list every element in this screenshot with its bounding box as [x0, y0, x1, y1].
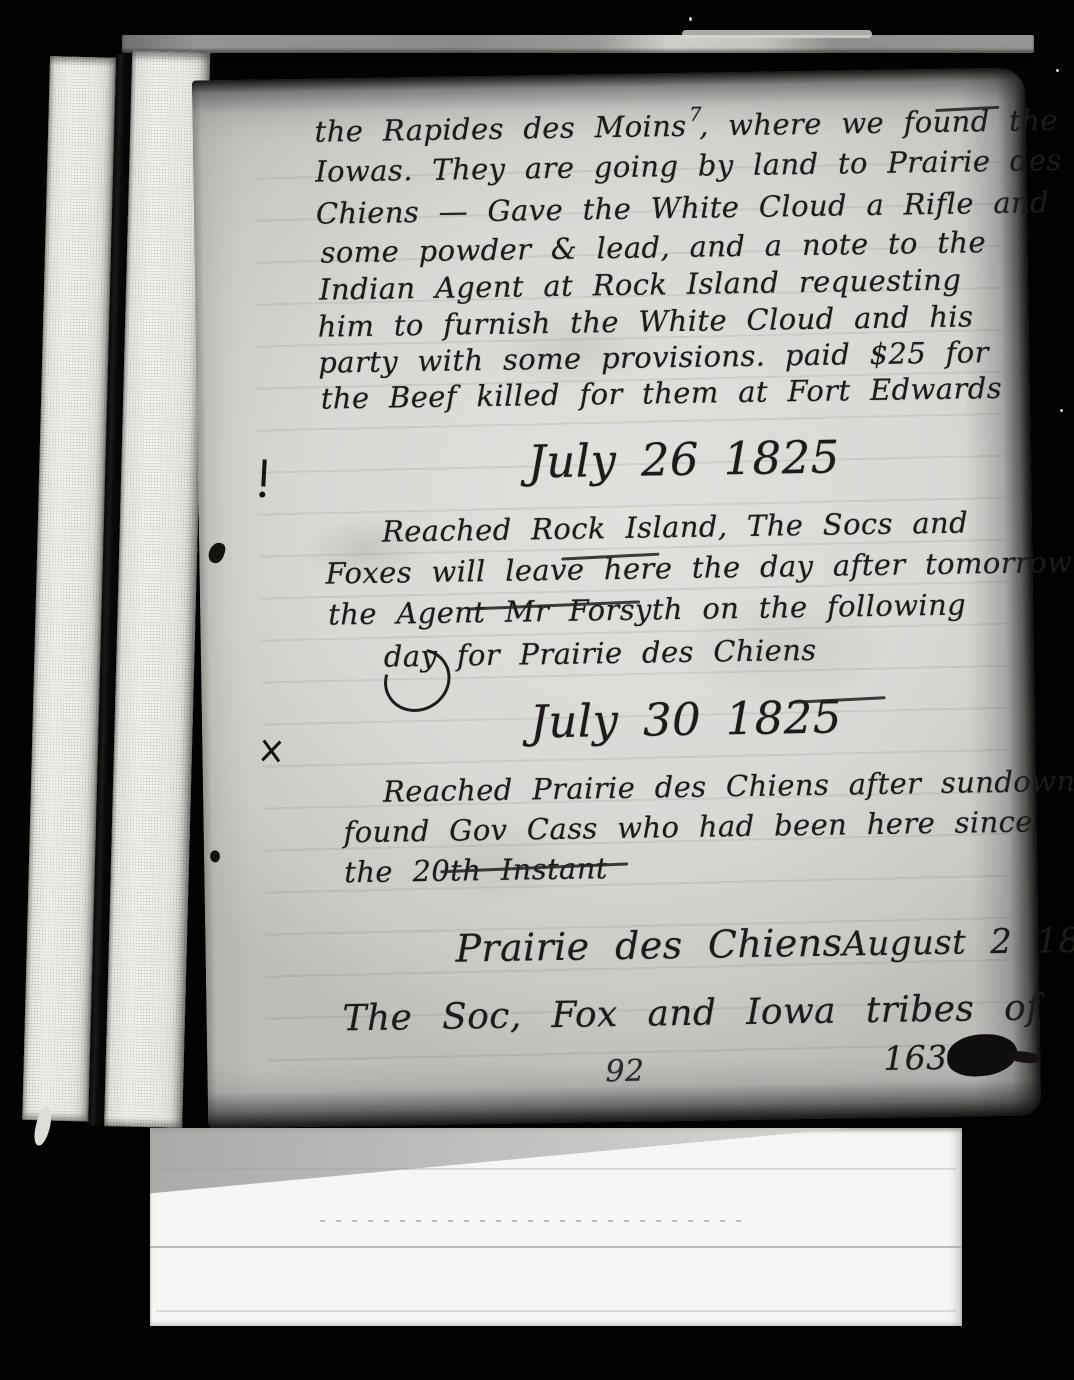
manuscript-line: The Soc, Fox and Iowa tribes of	[342, 987, 1040, 1039]
dust-speck	[1060, 409, 1063, 412]
heading-place: Prairie des Chiens	[455, 920, 843, 970]
dust-speck	[689, 17, 692, 21]
microfilm-scan: { "colors": { "background": "#020202", "…	[0, 0, 1074, 1380]
sheet-rule-line	[156, 1310, 956, 1312]
heading-date: August 2 1825	[842, 920, 1074, 964]
manuscript-line: Iowas. They are going by land to Prairie…	[315, 143, 1062, 189]
insertion-mark: 7	[689, 104, 702, 126]
manuscript-page: the Rapides des Moins7, where we found t…	[192, 68, 1041, 1129]
manuscript-line: Reached Rock Island, The Socs and	[382, 505, 969, 548]
gutter-ink-blob	[206, 540, 227, 565]
manuscript-line: Indian Agent at Rock Island requesting	[319, 263, 962, 307]
ink-blot	[947, 1034, 1018, 1077]
stitch-mark	[259, 492, 265, 498]
book-edge-highlight	[682, 30, 872, 38]
blank-sheet-below	[150, 1128, 962, 1326]
sheet-rule-line	[156, 1168, 956, 1170]
manuscript-line: Foxes will leave here the day after tomo…	[325, 545, 1072, 591]
stitch-mark	[261, 459, 266, 486]
manuscript-line: the Agent Mr Forsyth on the following	[328, 588, 966, 632]
entry-heading-july-30: July 30 1825	[530, 690, 843, 748]
page-number-right: 163	[883, 1038, 948, 1078]
sheet-rule-line	[150, 1246, 962, 1248]
manuscript-line: Chiens — Gave the White Cloud a Rifle an…	[316, 185, 1050, 231]
manuscript-line: found Gov Cass who had been here since	[343, 804, 1033, 849]
manuscript-line: Reached Prairie des Chiens after sundown	[383, 764, 1074, 809]
book-edge-bar	[122, 35, 1034, 53]
sheet-faint-marks	[320, 1220, 750, 1222]
entry-heading-july-26: July 26 1825	[527, 430, 840, 488]
page-number-center: 92	[605, 1054, 645, 1090]
gutter-ink-blob	[210, 850, 220, 862]
dust-speck	[1056, 69, 1059, 72]
entry-heading-august-2: Prairie des ChiensAugust 2 1825	[455, 916, 1074, 971]
manuscript-text: , where we found the	[699, 103, 1058, 143]
manuscript-text: the Rapides des Moins	[314, 109, 686, 149]
